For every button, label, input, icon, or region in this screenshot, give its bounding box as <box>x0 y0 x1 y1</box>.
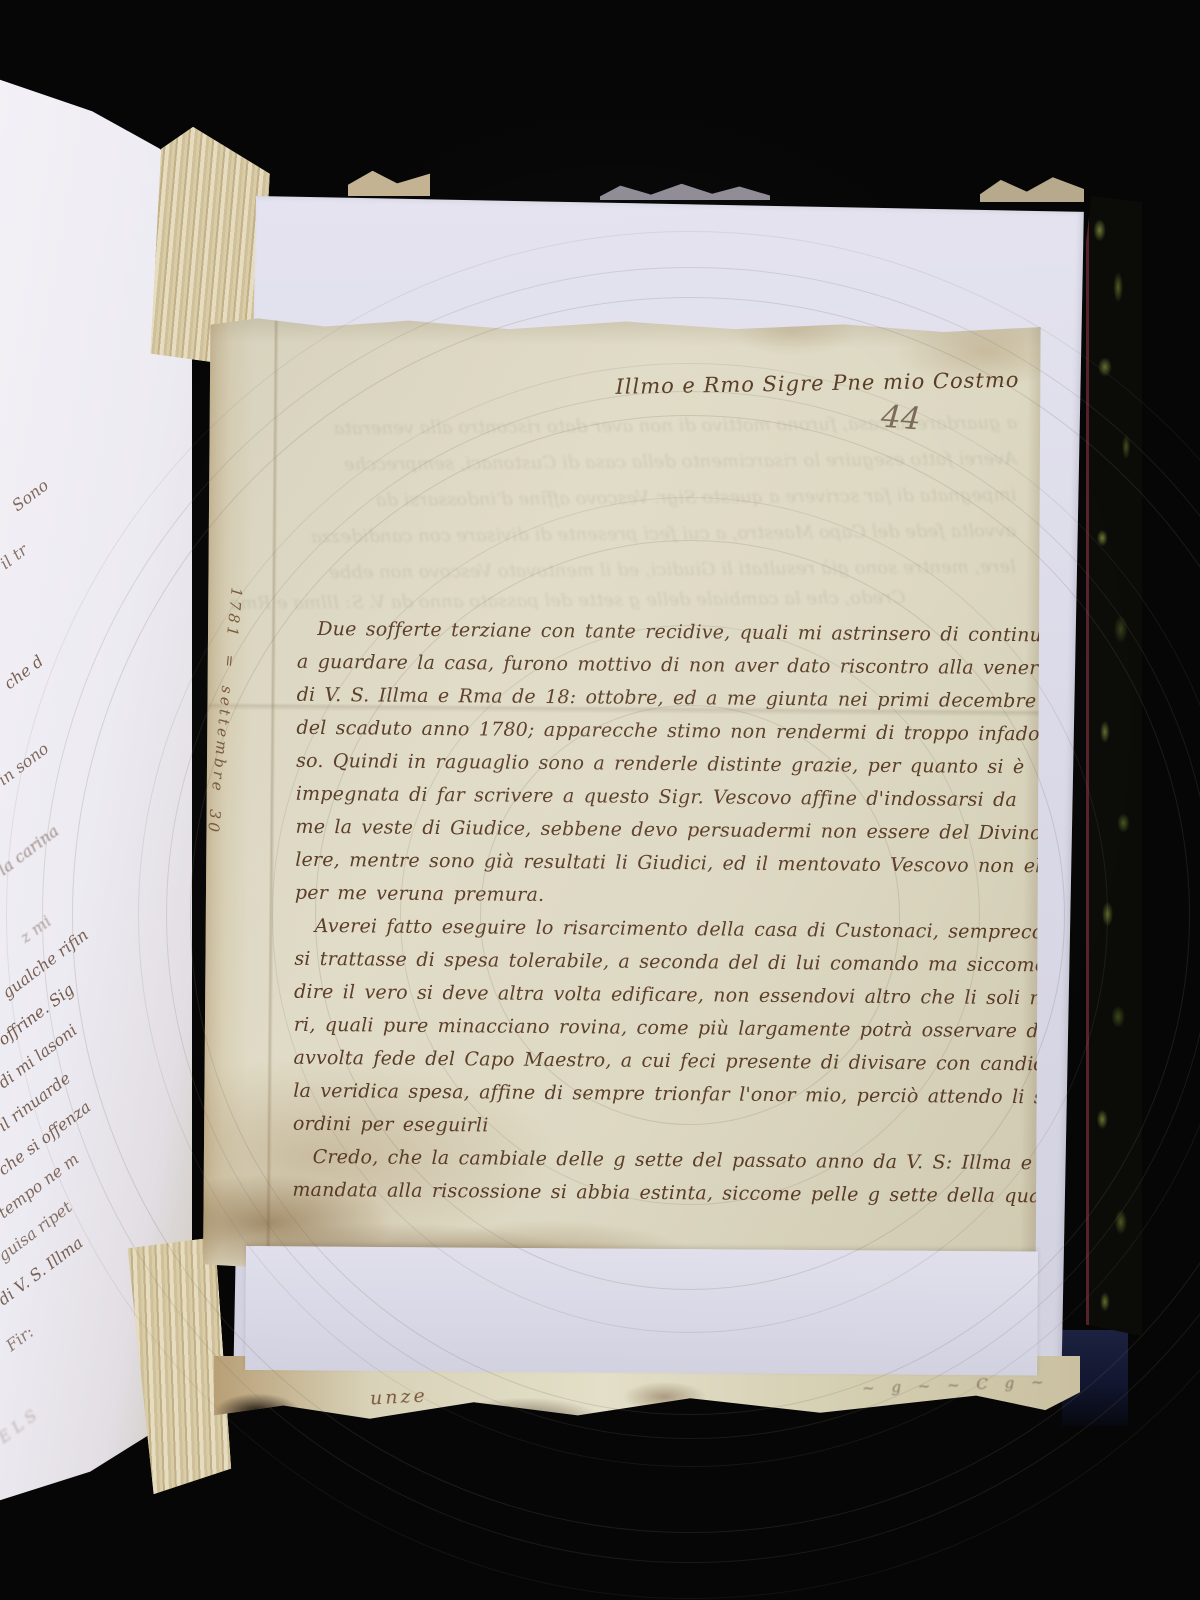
letter-salutation: Illmo e Rmo Sigre Pne mio Costmo <box>607 368 1027 399</box>
edge-fragment-scribble: ~ g ~ ~ C g ~ <box>862 1373 1050 1398</box>
left-page-fragment: Fir: <box>2 1322 37 1355</box>
archival-date-note: 1781 = settembre 30 <box>204 587 246 837</box>
book-cover-marbled-edge <box>1086 196 1142 1336</box>
left-page-fragment: z mi <box>16 912 54 948</box>
verso-bleedthrough-line: Averei fatto eseguire lo risarcimento de… <box>237 448 1017 476</box>
left-page-fragment: che d <box>0 651 47 693</box>
torn-paper-bit <box>600 182 770 200</box>
body-line: mandata alla riscossione si abbia estint… <box>292 1174 1022 1213</box>
left-page-fragment: gualche rifin <box>0 925 92 1002</box>
left-page-fragment: la carina <box>0 821 62 879</box>
left-page-fragment: in sono <box>0 739 52 789</box>
manuscript-photo: Sono il tr che d in sono la carina z mi … <box>0 0 1200 1600</box>
verso-bleedthrough-line: avvolta fede del Capo Maestro, a cui fec… <box>236 520 1016 548</box>
verso-bleedthrough-line: Credo, che la cambiale delle g sette del… <box>345 587 905 613</box>
torn-paper-bit <box>980 176 1084 202</box>
torn-paper-bit <box>348 168 430 196</box>
manuscript-letter-page: Illmo e Rmo Sigre Pne mio Costmo 44 1781… <box>200 316 1044 1277</box>
white-backing-sheet-bottom <box>245 1246 1038 1376</box>
letter-body: Due sofferte terziane con tante recidive… <box>292 613 1027 1213</box>
left-page-fragment: Sono <box>8 476 52 516</box>
edge-fragment-text: unze <box>369 1385 428 1410</box>
verso-bleedthrough-line: lere, mentre sono già resultati li Giudi… <box>236 556 1016 584</box>
left-page-fragment: il tr <box>0 540 31 573</box>
left-page-fragment: E L S <box>0 1406 40 1447</box>
verso-bleedthrough-line: impegnata di far scrivere a questo Sigr.… <box>236 484 1016 512</box>
